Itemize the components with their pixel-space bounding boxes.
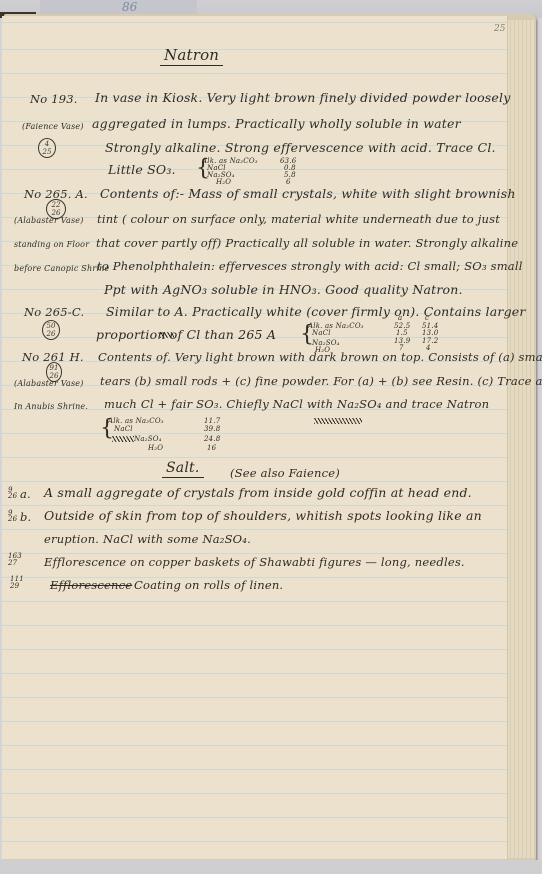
entry-text-line: Coating on rolls of linen. [134, 578, 283, 592]
entry-text-line: tint ( colour on surface only, material … [97, 212, 500, 226]
page-number: 25 [494, 24, 505, 34]
entry-location: standing on Floor [14, 240, 89, 249]
reference-fraction: 16327 [8, 553, 22, 567]
entry-label: a. [20, 487, 31, 501]
entry-text-line: Outside of skin from top of shoulders, w… [44, 508, 482, 523]
scribble [160, 332, 174, 338]
entry-text-line: In vase in Kiosk. Very light brown finel… [95, 90, 510, 105]
entry-text-line: Little SO₃. [108, 162, 176, 177]
entry-text-line: A small aggregate of crystals from insid… [44, 485, 472, 500]
section-title-natron: Natron [160, 46, 223, 66]
entry-text-line: proportion of Cl than 265 A [96, 327, 276, 342]
entry-text-line: that cover partly off) Practically all s… [96, 236, 518, 250]
entry-source: (Alabaster Vase) [14, 379, 84, 388]
reference-circle: 50 26 [42, 320, 60, 340]
entry-text-line: much Cl + fair SO₃. Chiefly NaCl with Na… [104, 397, 489, 411]
entry-location: before Canopic Shrine [14, 264, 109, 273]
entry-number: No 193. [30, 92, 78, 106]
entry-text-line: tears (b) small rods + (c) fine powder. … [100, 374, 542, 388]
folio-number: 86 [122, 0, 137, 14]
section-title-salt: Salt. [162, 460, 204, 478]
entry-source: (Faience Vase) [22, 122, 84, 131]
entry-text-line: to Phenolphthalein: effervesces strongly… [97, 259, 523, 273]
entry-location: In Anubis Shrine. [14, 402, 88, 411]
reference-fraction: 926 [8, 487, 17, 499]
entry-text-line: Ppt with AgNO₃ soluble in HNO₃. Good qua… [104, 282, 463, 297]
reference-fraction: 11129 [10, 576, 24, 590]
reference-fraction: 926 [8, 510, 17, 522]
entry-text-line: Strongly alkaline. Strong effervescence … [105, 140, 496, 155]
struck-word: Efflorescence [50, 578, 132, 592]
entry-text-line: Contents of:- Mass of small crystals, wh… [100, 186, 516, 201]
scribble [112, 436, 134, 442]
reference-circle: 4 25 [38, 138, 56, 158]
page-edges [507, 20, 535, 858]
entry-text-line: Efflorescence on copper baskets of Shawa… [44, 555, 465, 569]
entry-source: (Alabaster Vase) [14, 216, 84, 225]
entry-label: b. [20, 510, 31, 524]
entry-number: No 265-C. [24, 305, 84, 319]
entry-text-line: eruption. NaCl with some Na₂SO₄. [44, 532, 251, 546]
entry-text-line: aggregated in lumps. Practically wholly … [92, 116, 461, 131]
scribble [314, 418, 362, 424]
scan-bottom [0, 860, 542, 874]
section-note: (See also Faience) [230, 466, 340, 480]
entry-text-line: Contents of. Very light brown with dark … [98, 350, 542, 364]
entry-text-line: Similar to A. Practically white (cover f… [106, 304, 526, 319]
